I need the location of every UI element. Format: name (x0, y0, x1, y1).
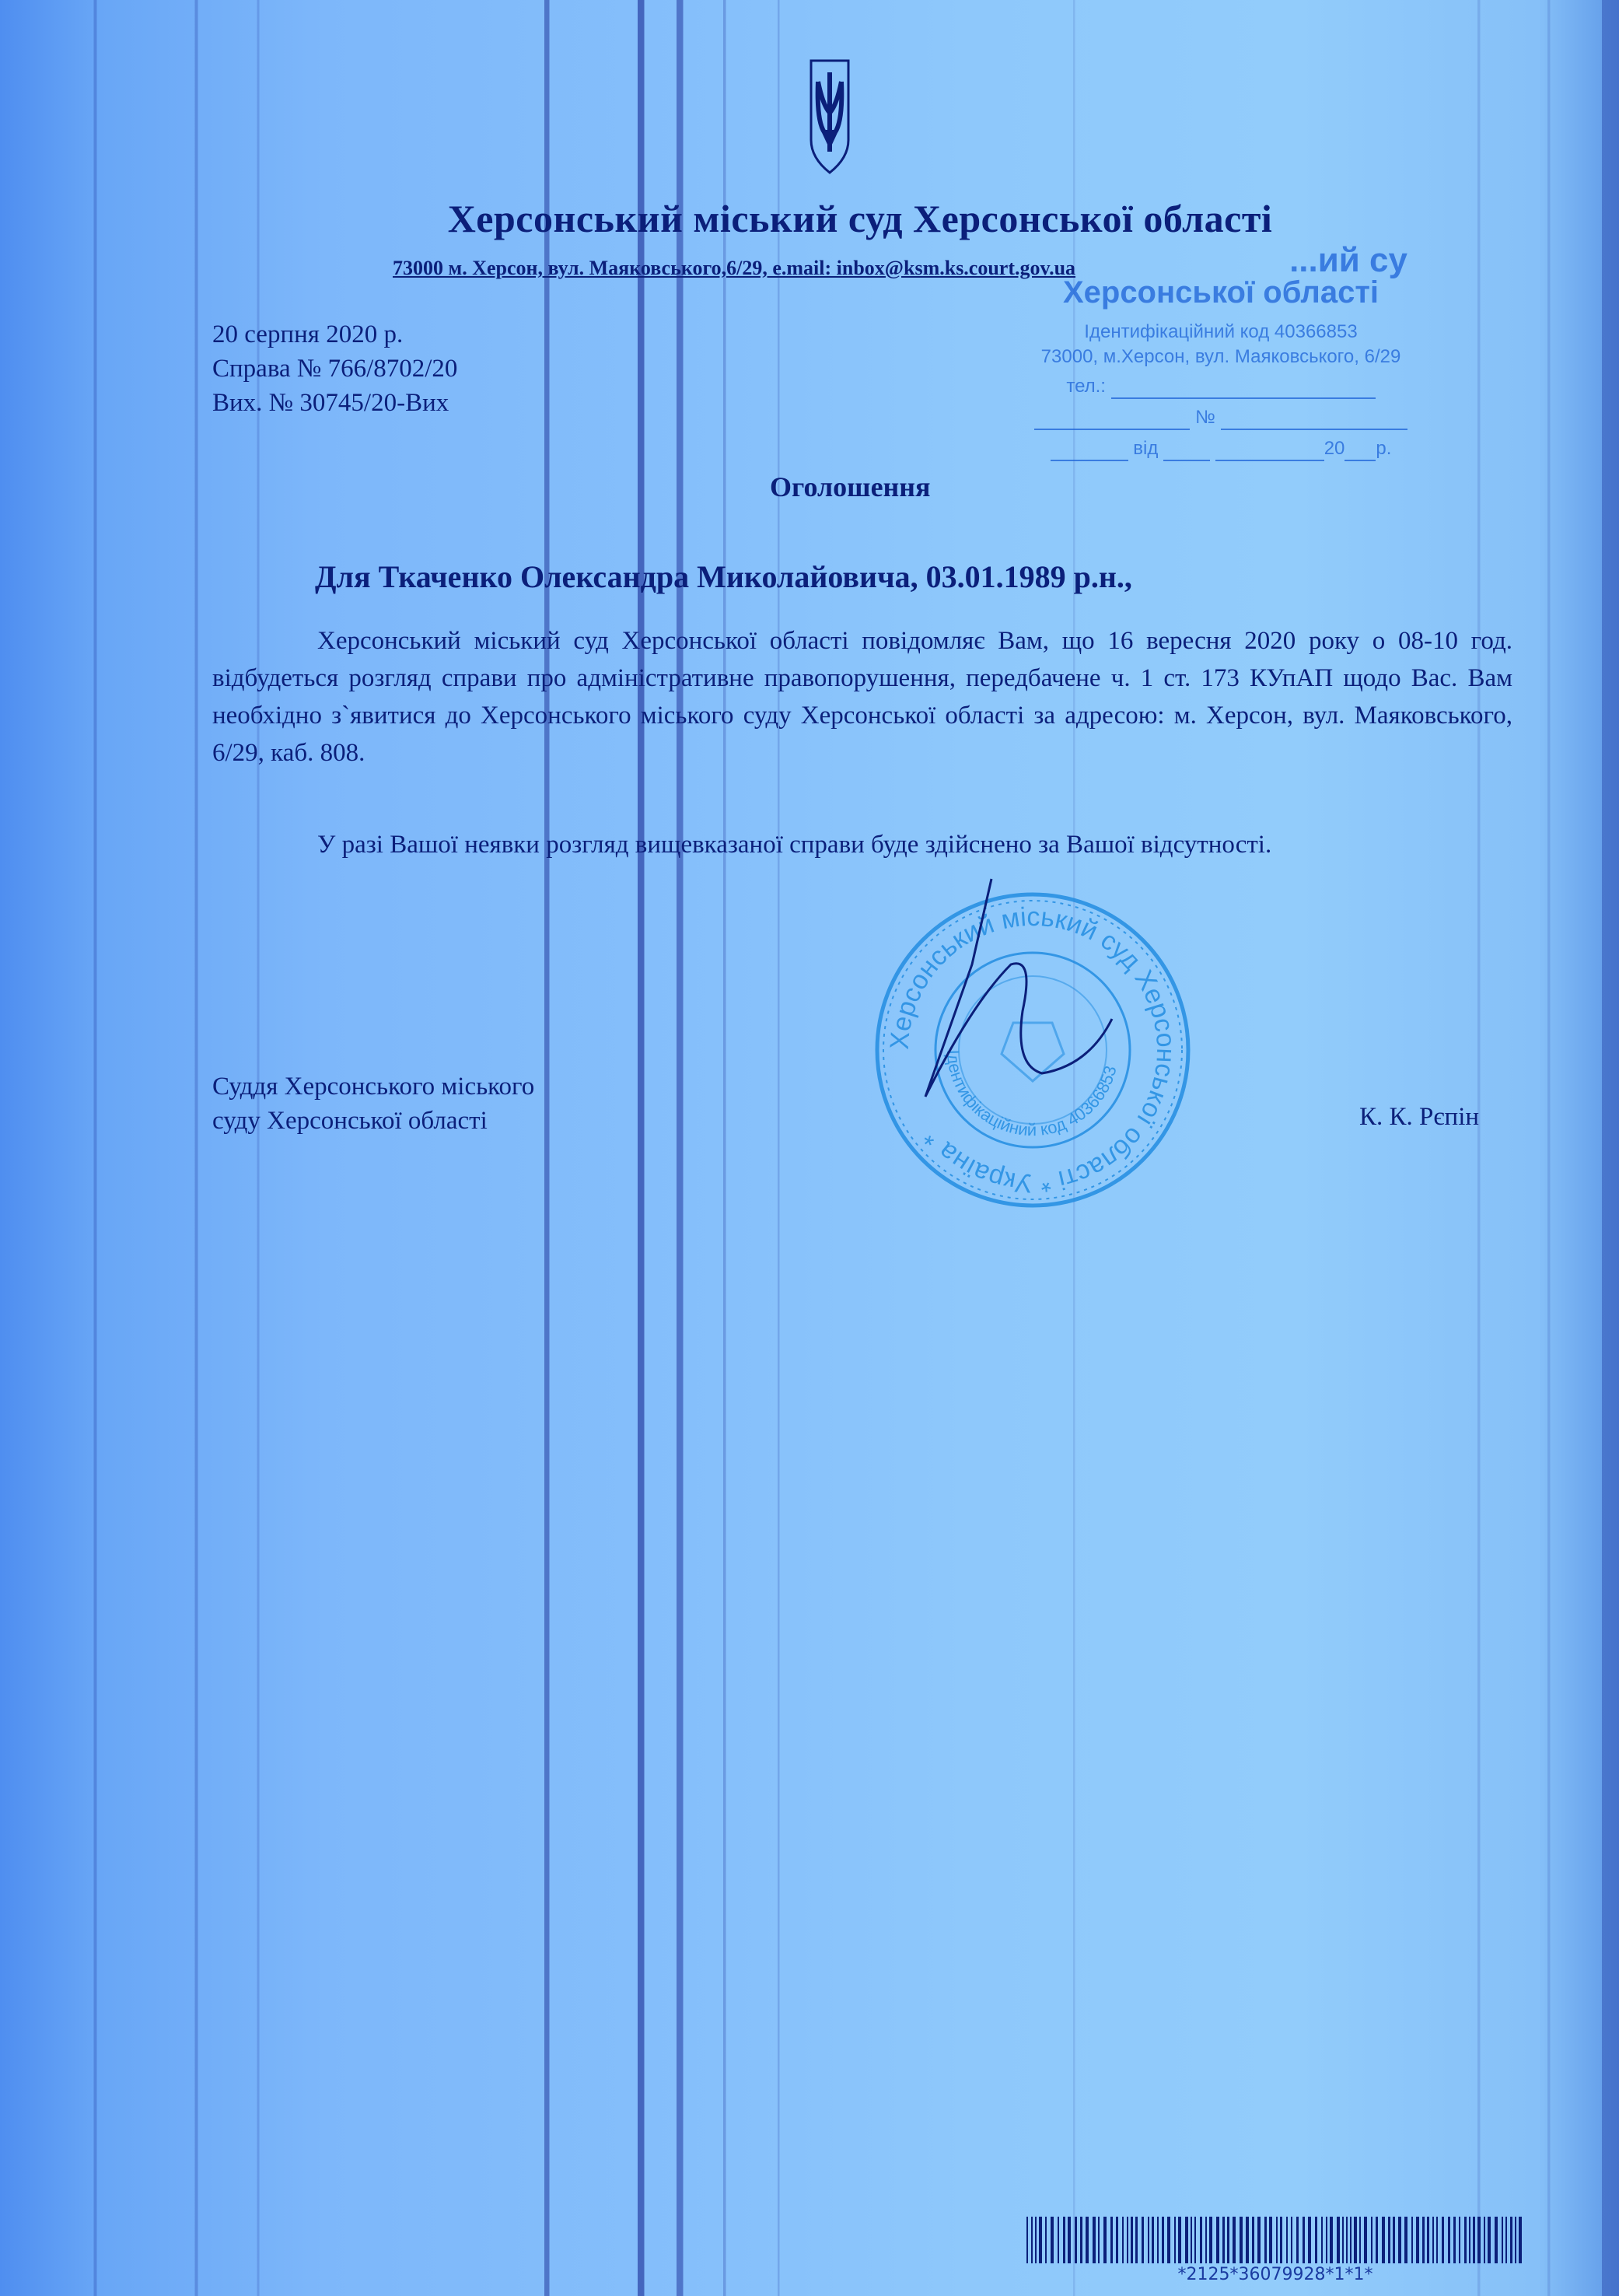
stamp-year-prefix: 20 (1324, 438, 1345, 459)
barcode-icon (1026, 2217, 1524, 2263)
stamp-date-row: від 20 р. (1003, 438, 1439, 461)
absence-paragraph: У разі Вашої неявки розгляд вищевказаної… (212, 826, 1512, 863)
stamp-id-code: Ідентифікаційний код 40366853 (1003, 321, 1439, 343)
stamp-line1: ...ий су (1003, 241, 1439, 280)
judge-name: К. К. Рєпін (1359, 1103, 1479, 1132)
document-title: Оголошення (770, 471, 931, 503)
outgoing-number: Вих. № 30745/20-Вих (212, 386, 457, 420)
court-address-line: 73000 м. Херсон, вул. Маяковського,6/29,… (393, 257, 1075, 280)
barcode-text: *2125*36079928*1*1* (1026, 2265, 1524, 2284)
stamp-phone-row: тел.: (1003, 376, 1439, 399)
stamp-number-row: № (1003, 407, 1439, 430)
judge-position-line1: Суддя Херсонського міського (212, 1069, 534, 1104)
case-number: Справа № 766/8702/20 (212, 352, 457, 386)
stamp-year-suffix: р. (1376, 438, 1391, 459)
document-date: 20 серпня 2020 р. (212, 317, 457, 352)
judge-position: Суддя Херсонського міського суду Херсонс… (212, 1069, 534, 1138)
judge-position-line2: суду Херсонської області (212, 1104, 534, 1138)
signature-icon (918, 871, 1120, 1104)
stamp-address: 73000, м.Херсон, вул. Маяковського, 6/29 (1003, 346, 1439, 368)
document-meta: 20 серпня 2020 р. Справа № 766/8702/20 В… (212, 317, 457, 420)
trident-coat-of-arms-icon (809, 58, 851, 175)
addressee-line: Для Ткаченко Олександра Миколайовича, 03… (315, 558, 1132, 595)
stamp-date-label: від (1133, 438, 1158, 459)
stamp-line2: Херсонської області (1003, 275, 1439, 310)
stamp-number-label: № (1195, 407, 1215, 428)
notice-paragraph: Херсонський міський суд Херсонської обла… (212, 622, 1512, 772)
stamp-phone-label: тел.: (1066, 376, 1106, 397)
registration-stamp: ...ий су Херсонської області Ідентифікац… (1003, 210, 1439, 506)
